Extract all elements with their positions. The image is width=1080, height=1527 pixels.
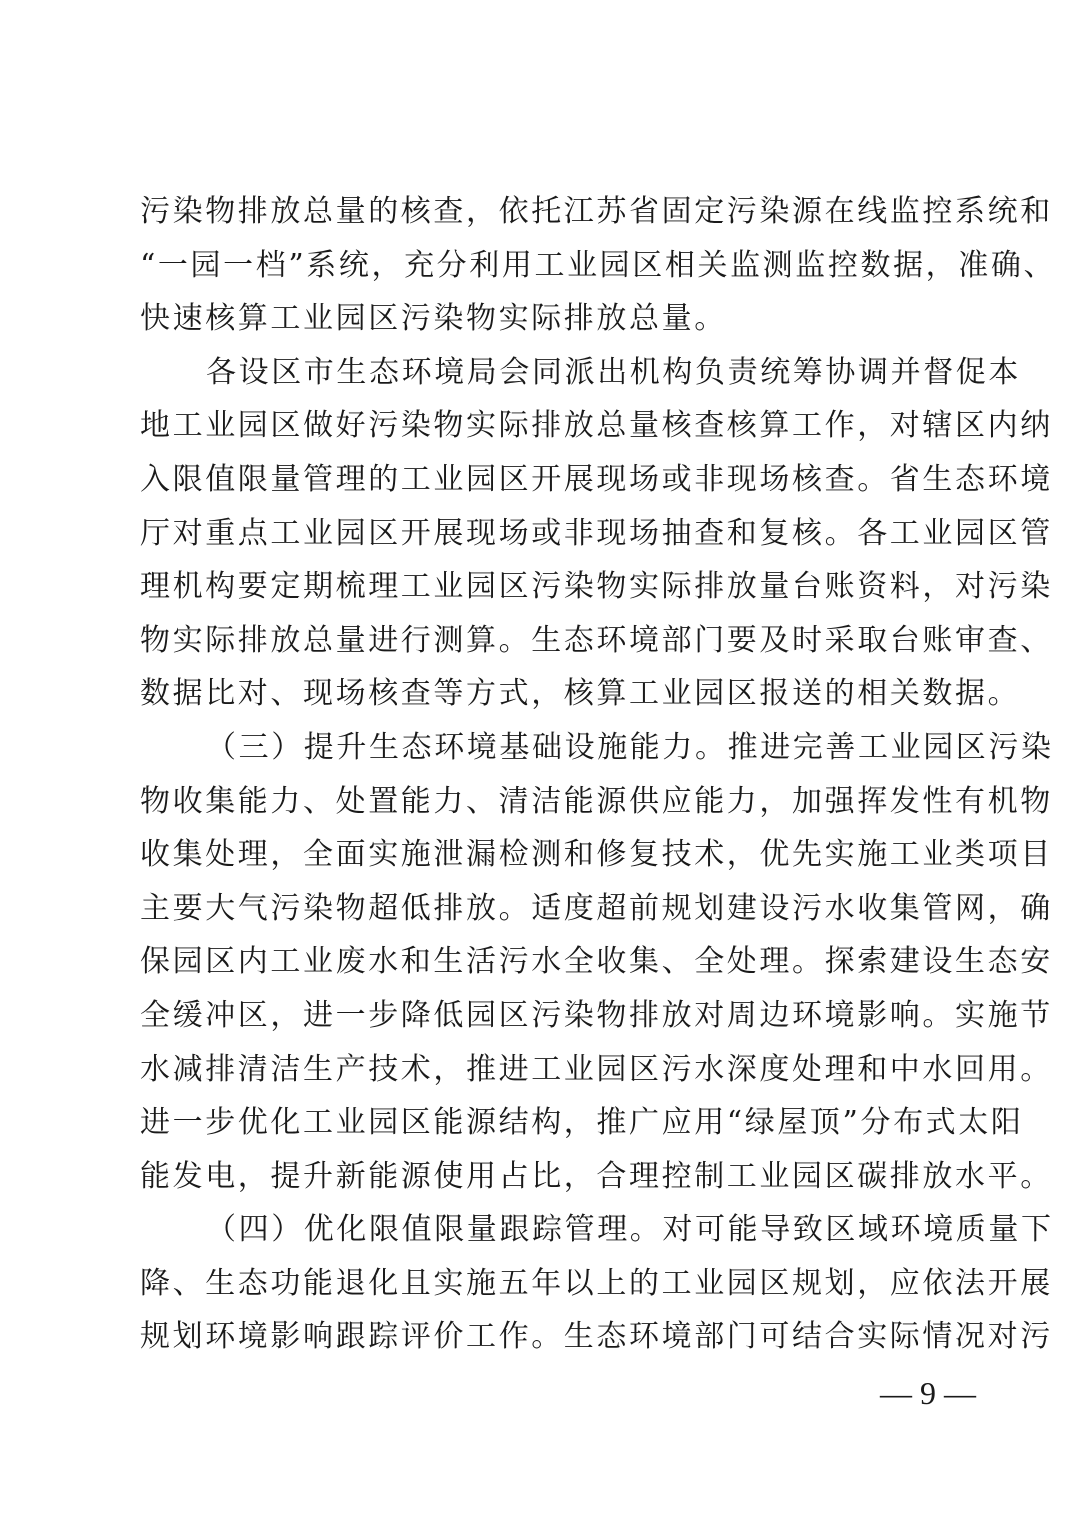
text-line: 理机构要定期梳理工业园区污染物实际排放量台账资料，对污染 — [140, 560, 942, 614]
text-line: 收集处理，全面实施泄漏检测和修复技术，优先实施工业类项目 — [140, 828, 942, 882]
text-line: 物收集能力、处置能力、清洁能源供应能力，加强挥发性有机物 — [140, 775, 942, 829]
text-line: 水减排清洁生产技术，推进工业园区污水深度处理和中水回用。 — [140, 1043, 942, 1097]
text-line: 保园区内工业废水和生活污水全收集、全处理。探索建设生态安 — [140, 935, 942, 989]
text-line: 物实际排放总量进行测算。生态环境部门要及时采取台账审查、 — [140, 614, 942, 668]
section-heading-3: （三）提升生态环境基础设施能力。推进完善工业园区污染 — [140, 721, 942, 775]
text-line: 全缓冲区，进一步降低园区污染物排放对周边环境影响。实施节 — [140, 989, 942, 1043]
text-line: “一园一档”系统，充分利用工业园区相关监测监控数据，准确、 — [140, 239, 942, 293]
text-line: 规划环境影响跟踪评价工作。生态环境部门可结合实际情况对污 — [140, 1310, 942, 1364]
paragraph-start: 各设区市生态环境局会同派出机构负责统筹协调并督促本 — [140, 346, 942, 400]
text-line: 能发电，提升新能源使用占比，合理控制工业园区碳排放水平。 — [140, 1150, 942, 1204]
text-line: 数据比对、现场核查等方式，核算工业园区报送的相关数据。 — [140, 667, 942, 721]
text-line: 地工业园区做好污染物实际排放总量核查核算工作，对辖区内纳 — [140, 399, 942, 453]
text-line: 入限值限量管理的工业园区开展现场或非现场核查。省生态环境 — [140, 453, 942, 507]
text-line: 厅对重点工业园区开展现场或非现场抽查和复核。各工业园区管 — [140, 507, 942, 561]
body-text: 污染物排放总量的核查，依托江苏省固定污染源在线监控系统和 “一园一档”系统，充分… — [140, 185, 942, 1364]
document-page: 污染物排放总量的核查，依托江苏省固定污染源在线监控系统和 “一园一档”系统，充分… — [0, 0, 1080, 1527]
section-heading-4: （四）优化限值限量跟踪管理。对可能导致区域环境质量下 — [140, 1203, 942, 1257]
page-number: — 9 — — [880, 1375, 950, 1412]
text-line: 污染物排放总量的核查，依托江苏省固定污染源在线监控系统和 — [140, 185, 942, 239]
text-line: 主要大气污染物超低排放。适度超前规划建设污水收集管网，确 — [140, 882, 942, 936]
text-line: 降、生态功能退化且实施五年以上的工业园区规划，应依法开展 — [140, 1257, 942, 1311]
text-line: 进一步优化工业园区能源结构，推广应用“绿屋顶”分布式太阳 — [140, 1096, 942, 1150]
text-line: 快速核算工业园区污染物实际排放总量。 — [140, 292, 942, 346]
